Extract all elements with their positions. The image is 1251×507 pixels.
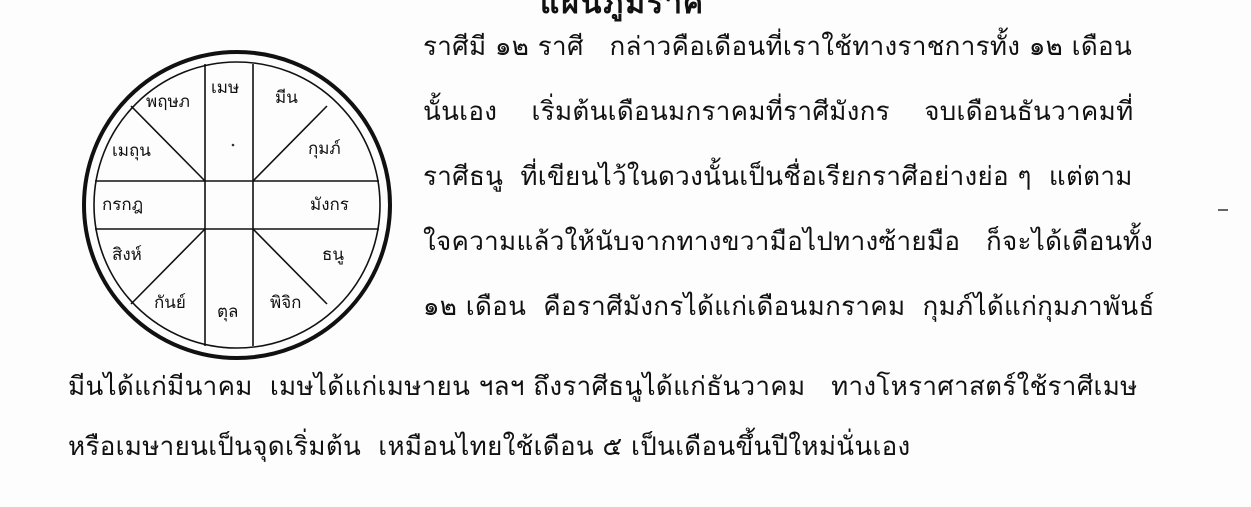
paragraph-line-3: ราศีธนู ที่เขียนไว้ในดวงนั้นเป็นชื่อเรีย… [423, 164, 1133, 190]
zodiac-wheel-diagram: เมษ มีน กุมภ์ มังกร ธนู พิจิก ตุล กันย์ … [80, 48, 400, 368]
scan-artifact-mark [1218, 209, 1228, 211]
sign-label-taurus: พฤษภ [146, 94, 190, 111]
paragraph-line-7: หรือเมษายนเป็นจุดเริ่มต้น เหมือนไทยใช้เด… [68, 434, 911, 460]
sign-label-sagittarius: ธนู [322, 247, 344, 264]
scanned-page: แผนภูมิราศี เมษ มีน กุมภ์ มังกร ธนู พิจิ… [0, 0, 1251, 507]
sign-label-cancer: กรกฎ [102, 197, 143, 214]
sign-label-libra: ตุล [217, 304, 238, 321]
sign-label-leo: สิงห์ [112, 247, 142, 264]
paragraph-line-1: ราศีมี ๑๒ ราศี กล่าวคือเดือนที่เราใช้ทาง… [423, 34, 1132, 60]
sign-label-aries: เมษ [211, 80, 239, 97]
sign-label-gemini: เมถุน [112, 143, 151, 160]
paragraph-line-6: มีนได้แก่มีนาคม เมษได้แก่เมษายน ฯลฯ ถึงร… [68, 374, 1138, 400]
paragraph-line-4: ใจความแล้วให้นับจากทางขวามือไปทางซ้ายมือ… [423, 229, 1153, 255]
sign-label-virgo: กันย์ [154, 295, 186, 312]
page-heading: แผนภูมิราศี [540, 0, 705, 27]
sign-label-aquarius: กุมภ์ [308, 141, 341, 158]
sign-label-scorpio: พิจิก [270, 295, 301, 312]
paragraph-line-5: ๑๒ เดือน คือราศีมังกรได้แก่เดือนมกราคม ก… [423, 294, 1155, 320]
sign-label-capricorn: มังกร [310, 197, 349, 214]
paragraph-line-2: นั้นเอง เริ่มต้นเดือนมกราคมที่ราศีมังกร … [423, 99, 1134, 125]
sign-label-pisces: มีน [275, 90, 298, 107]
